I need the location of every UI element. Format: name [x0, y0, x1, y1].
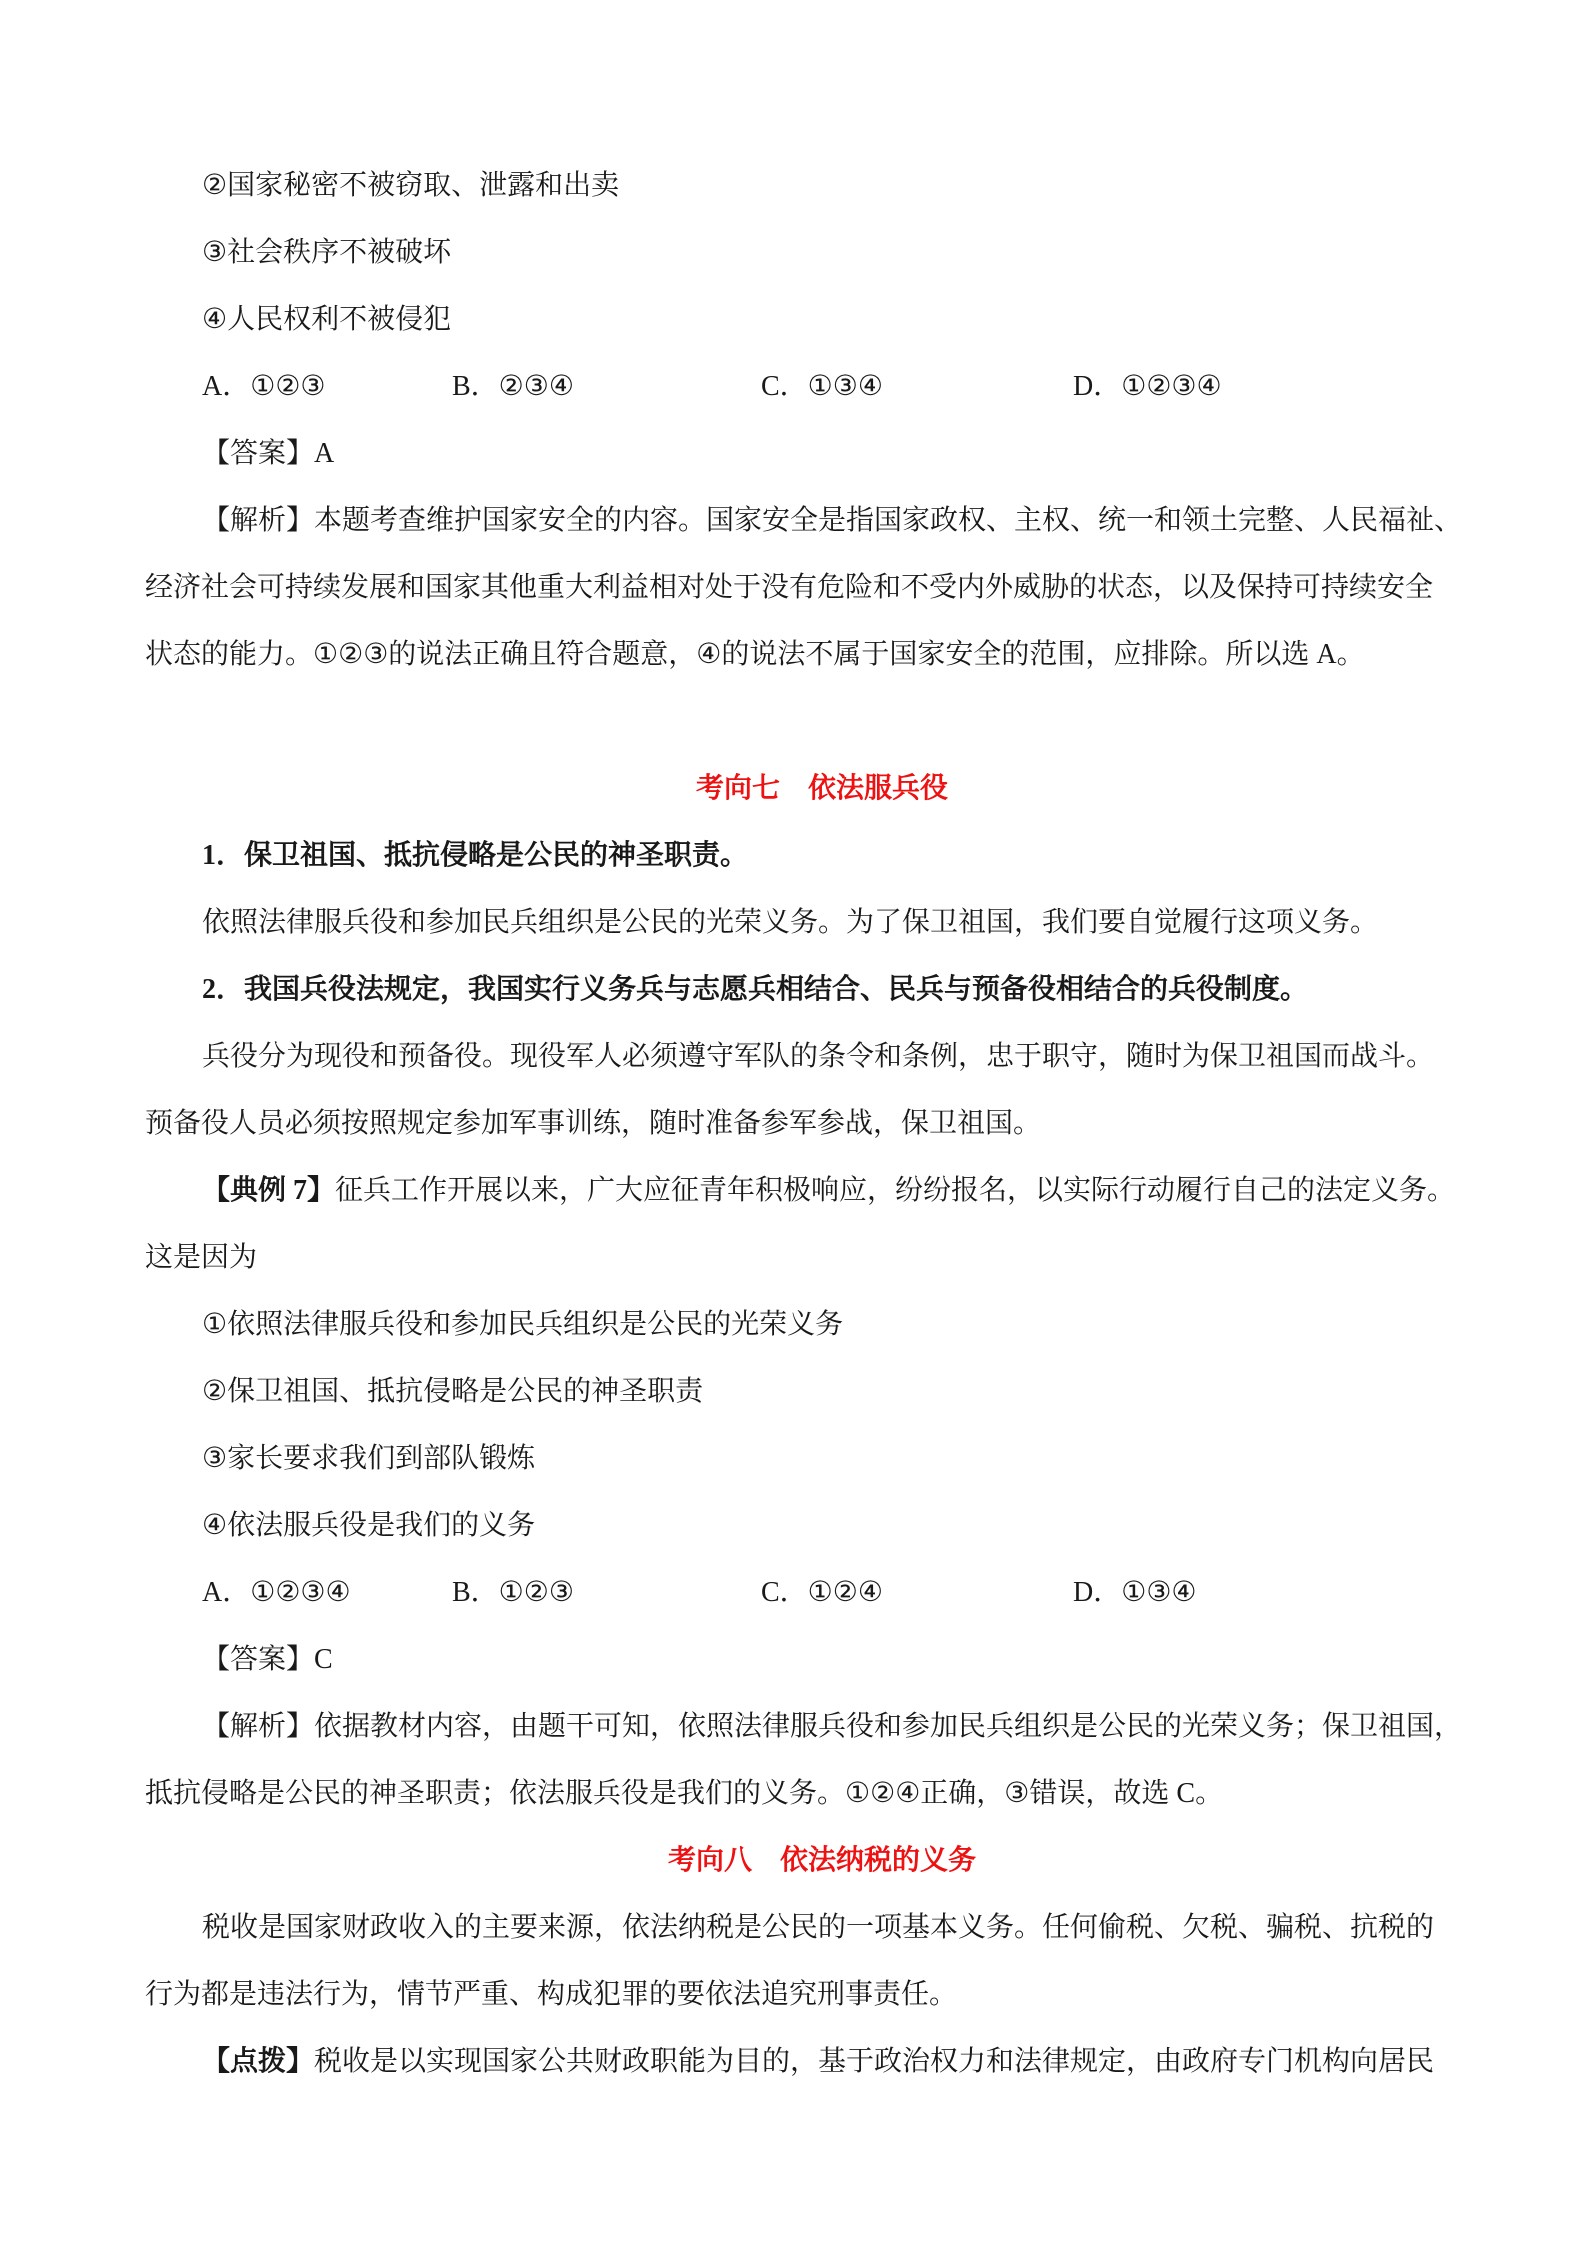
- blank-line: [145, 688, 1443, 755]
- section7-heading: 考向七 依法服兵役: [145, 755, 1443, 822]
- q6-analysis-line-2: 经济社会可持续发展和国家其他重大利益相对处于没有危险和不受内外威胁的状态，以及保…: [145, 554, 1443, 621]
- q6-item-2: ②国家秘密不被窃取、泄露和出卖: [145, 152, 1443, 219]
- q6-choices-row: A．①②③ B．②③④ C．①③④ D．①②③④: [145, 353, 1443, 420]
- q7-example-stem: 【典例 7】征兵工作开展以来，广大应征青年积极响应，纷纷报名，以实际行动履行自己…: [145, 1157, 1443, 1224]
- q6-item-3: ③社会秩序不被破坏: [145, 219, 1443, 286]
- sec8-body-line-1: 税收是国家财政收入的主要来源，依法纳税是公民的一项基本义务。任何偷税、欠税、骗税…: [145, 1894, 1443, 1961]
- q7-item-3: ③家长要求我们到部队锻炼: [145, 1425, 1443, 1492]
- q7-choice-c: C．①②④: [761, 1559, 1073, 1626]
- q7-item-4: ④依法服兵役是我们的义务: [145, 1492, 1443, 1559]
- q7-choice-b: B．①②③: [452, 1559, 761, 1626]
- q7-item-1: ①依照法律服兵役和参加民兵组织是公民的光荣义务: [145, 1291, 1443, 1358]
- section8-heading: 考向八 依法纳税的义务: [145, 1827, 1443, 1894]
- sec7-point-1-body: 依照法律服兵役和参加民兵组织是公民的光荣义务。为了保卫祖国，我们要自觉履行这项义…: [145, 889, 1443, 956]
- q7-answer: 【答案】C: [145, 1626, 1443, 1693]
- sec7-point-2: 2．我国兵役法规定，我国实行义务兵与志愿兵相结合、民兵与预备役相结合的兵役制度。: [145, 956, 1443, 1023]
- q6-choice-b: B．②③④: [452, 353, 761, 420]
- q7-analysis-line-2: 抵抗侵略是公民的神圣职责；依法服兵役是我们的义务。①②④正确，③错误，故选 C。: [145, 1760, 1443, 1827]
- q7-choices-row: A．①②③④ B．①②③ C．①②④ D．①③④: [145, 1559, 1443, 1626]
- q7-analysis-line-1: 【解析】依据教材内容，由题干可知，依照法律服兵役和参加民兵组织是公民的光荣义务；…: [145, 1693, 1443, 1760]
- q6-analysis-line-1: 【解析】本题考查维护国家安全的内容。国家安全是指国家政权、主权、统一和领土完整、…: [145, 487, 1443, 554]
- q6-item-4: ④人民权利不被侵犯: [145, 286, 1443, 353]
- example-label: 【典例 7】: [202, 1175, 335, 1206]
- tip-label: 【点拨】: [202, 2046, 314, 2077]
- q7-choice-d: D．①③④: [1073, 1559, 1197, 1626]
- sec7-point-1: 1．保卫祖国、抵抗侵略是公民的神圣职责。: [145, 822, 1443, 889]
- sec7-point-2-body-line-2: 预备役人员必须按照规定参加军事训练，随时准备参军参战，保卫祖国。: [145, 1090, 1443, 1157]
- tip-text: 税收是以实现国家公共财政职能为目的，基于政治权力和法律规定，由政府专门机构向居民: [314, 2046, 1434, 2077]
- document-page: ②国家秘密不被窃取、泄露和出卖 ③社会秩序不被破坏 ④人民权利不被侵犯 A．①②…: [0, 0, 1587, 2095]
- q6-analysis-line-3: 状态的能力。①②③的说法正确且符合题意，④的说法不属于国家安全的范围，应排除。所…: [145, 621, 1443, 688]
- sec8-tip: 【点拨】税收是以实现国家公共财政职能为目的，基于政治权力和法律规定，由政府专门机…: [145, 2028, 1443, 2095]
- q6-choice-c: C．①③④: [761, 353, 1073, 420]
- q6-choice-a: A．①②③: [202, 353, 452, 420]
- q6-answer: 【答案】A: [145, 420, 1443, 487]
- q7-example-stem-cont: 这是因为: [145, 1224, 1443, 1291]
- sec7-point-2-body-line-1: 兵役分为现役和预备役。现役军人必须遵守军队的条令和条例，忠于职守，随时为保卫祖国…: [145, 1023, 1443, 1090]
- q7-item-2: ②保卫祖国、抵抗侵略是公民的神圣职责: [145, 1358, 1443, 1425]
- example-text: 征兵工作开展以来，广大应征青年积极响应，纷纷报名，以实际行动履行自己的法定义务。: [335, 1175, 1455, 1206]
- sec8-body-line-2: 行为都是违法行为，情节严重、构成犯罪的要依法追究刑事责任。: [145, 1961, 1443, 2028]
- q7-choice-a: A．①②③④: [202, 1559, 452, 1626]
- q6-choice-d: D．①②③④: [1073, 353, 1222, 420]
